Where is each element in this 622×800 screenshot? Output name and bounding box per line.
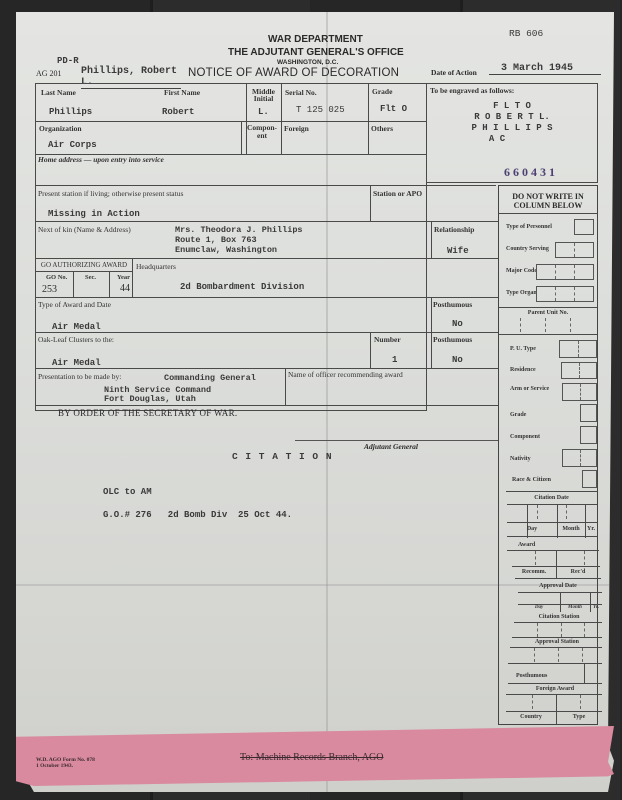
number-value: 1 [392, 355, 397, 365]
major-code-label: Major Code [506, 268, 537, 274]
olc-value: Air Medal [52, 358, 101, 368]
parent-unit-label: Parent Unit No. [499, 310, 597, 316]
presentation-line-3: Fort Douglas, Utah [104, 394, 196, 404]
component-code-label: Component [510, 434, 540, 440]
approval-station-label: Approval Station [512, 639, 602, 645]
pu-type-label: P. U. Type [510, 346, 536, 352]
department-title: WAR DEPARTMENT [268, 34, 363, 45]
next-of-kin-line-3: Enumclaw, Washington [175, 245, 303, 255]
form-date: 1 October 1943. [36, 763, 95, 769]
stamp-number: 6 6 0 4 3 1 [504, 165, 555, 180]
serial-value: T 125 025 [296, 105, 345, 115]
citation-month-label: Month [557, 526, 585, 532]
type-organ-label: Type Organ [506, 290, 537, 296]
award-type-label: Type of Award and Date [38, 300, 111, 309]
arm-or-service-label: Arm or Service [510, 386, 549, 392]
approval-month-label: Month [560, 605, 590, 610]
station-apo-label: Station or APO [373, 189, 422, 198]
type-of-personnel-label: Type of Personnel [506, 224, 552, 230]
citation-station-label: Citation Station [516, 614, 602, 620]
next-of-kin-line-2: Route 1, Box 763 [175, 235, 303, 245]
citation-line-1: OLC to AM [103, 487, 152, 497]
award-code-label: Award [518, 542, 535, 548]
nativity-label: Nativity [510, 456, 531, 462]
engraving-line-4: A C [426, 134, 568, 145]
others-label: Others [371, 124, 393, 133]
last-name-label: Last Name [41, 88, 76, 97]
posthumous-value-2: No [452, 355, 463, 365]
middle-initial-value: L. [258, 107, 269, 117]
engraving-text: F L T O R O B E R T L. P H I L L I P S A… [426, 101, 598, 145]
grade-value: Flt O [380, 104, 407, 114]
signature-title: Adjutant General [364, 442, 418, 451]
go-no-value: 253 [42, 284, 57, 295]
form-number-block: W.D. AGO Form No. 078 1 October 1943. [36, 757, 95, 769]
present-station-value: Missing in Action [48, 209, 140, 219]
residence-label: Residence [510, 367, 536, 373]
office-use-heading-2: COLUMN BELOW [499, 201, 597, 210]
year-value: 44 [120, 283, 130, 294]
engraving-line-2: R O B E R T L. [426, 112, 598, 123]
headquarters-label: Headquarters [136, 262, 176, 271]
routing-destination: To: Machine Records Branch, AGO [240, 752, 383, 763]
office-location: WASHINGTON, D.C. [277, 59, 338, 66]
go-no-label: GO No. [46, 274, 67, 281]
date-of-action: 3 March 1945 [489, 63, 601, 75]
foreign-award-label: Foreign Award [508, 686, 602, 692]
citation-day-label: Day [507, 526, 557, 532]
office-use-heading: DO NOT WRITE IN COLUMN BELOW [499, 192, 597, 210]
recd-label: Rec'd [556, 569, 600, 575]
serial-label: Serial No. [285, 88, 317, 97]
office-title: THE ADJUTANT GENERAL'S OFFICE [228, 47, 404, 58]
number-label: Number [374, 335, 401, 344]
foreign-label: Foreign [284, 124, 309, 133]
headquarters-value: 2d Bombardment Division [180, 282, 304, 292]
posthumous-code-label: Posthumous [516, 673, 547, 679]
approval-day-label: Day [518, 605, 560, 610]
presentation-line-1: Commanding General [164, 373, 256, 383]
posthumous-label-1: Posthumous [433, 300, 472, 309]
award-type-value: Air Medal [52, 322, 101, 332]
sec-label: Sec. [85, 274, 96, 281]
posthumous-value-1: No [452, 319, 463, 329]
date-of-action-label: Date of Action [431, 68, 477, 77]
citation-heading: C I T A T I O N [232, 451, 333, 462]
posthumous-label-2: Posthumous [433, 335, 472, 344]
present-station-label: Present station if living; otherwise pre… [38, 189, 183, 198]
form-title: NOTICE OF AWARD OF DECORATION [188, 67, 399, 79]
next-of-kin-line-1: Mrs. Theodora J. Phillips [175, 225, 303, 235]
race-citizen-label: Race & Citizen [512, 477, 551, 483]
citation-line-2: G.O.# 276 2d Bomb Div 25 Oct 44. [103, 510, 292, 520]
home-address-label: Home address — upon entry into service [38, 155, 164, 164]
relationship-value: Wife [447, 246, 469, 256]
recomm-label: Recomm. [512, 569, 556, 575]
engraving-label: To be engraved as follows: [430, 86, 514, 95]
by-order-text: BY ORDER OF THE SECRETARY OF WAR. [58, 408, 237, 418]
citation-year-label: Yr. [585, 526, 597, 532]
recommending-officer-label: Name of officer recommending award [288, 370, 403, 379]
organization-value: Air Corps [48, 140, 97, 150]
middle-initial-label: Middle Initial [247, 88, 280, 102]
first-name-value: Robert [162, 107, 194, 117]
approval-date-label: Approval Date [515, 583, 601, 589]
last-name-value: Phillips [49, 107, 92, 117]
engraving-line-1: F L T O [426, 101, 598, 112]
routing-text: To: Machine Records Branch, AGO [240, 752, 383, 763]
go-authorizing-label: GO AUTHORIZING AWARD [36, 261, 132, 269]
year-label: Year [117, 274, 130, 281]
first-name-label: First Name [164, 88, 200, 97]
foreign-type-label: Type [556, 714, 602, 720]
presentation-label: Presentation to be made by: [38, 372, 121, 381]
foreign-country-label: Country [506, 714, 556, 720]
component-label: Compon-ent [243, 124, 281, 140]
country-serving-label: Country Serving [506, 246, 549, 252]
engraving-line-3: P H I L L I P S [426, 123, 598, 134]
file-code: AG 201 [36, 69, 62, 78]
olc-label: Oak-Leaf Clusters to the: [38, 335, 114, 344]
grade-code-label: Grade [510, 412, 526, 418]
next-of-kin-address: Mrs. Theodora J. Phillips Route 1, Box 7… [175, 225, 303, 255]
citation-date-label: Citation Date [506, 495, 597, 501]
office-use-heading-1: DO NOT WRITE IN [499, 192, 597, 201]
grade-label: Grade [372, 87, 392, 96]
reference-number: RB 606 [509, 28, 543, 39]
file-code-top: PD-R [57, 56, 79, 66]
organization-label: Organization [39, 124, 82, 133]
relationship-label: Relationship [434, 225, 474, 234]
approval-year-label: Yr. [590, 605, 602, 610]
next-of-kin-label: Next of kin (Name & Address) [38, 225, 131, 234]
